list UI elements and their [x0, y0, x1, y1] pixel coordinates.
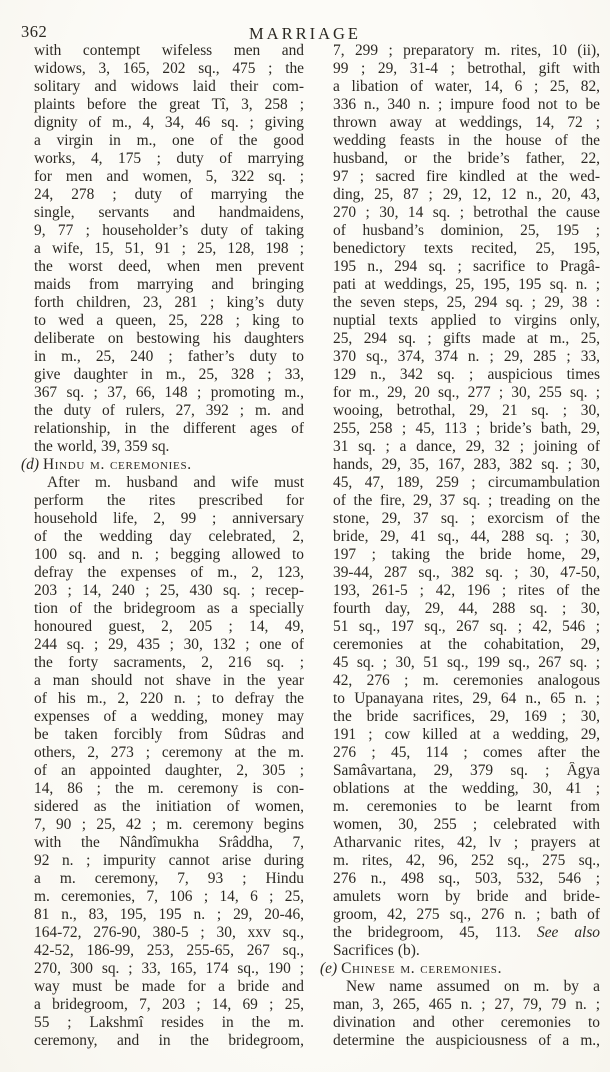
- index-text-line: the seven steps, 25, 294 sq. ; 29, 38 :: [319, 294, 600, 312]
- index-text-line: benedictory texts recited, 25, 195,: [319, 240, 600, 258]
- index-text-line: be taken forcibly from Sûdras and: [20, 726, 304, 744]
- section-title: Hindu m. ceremonies.: [43, 456, 192, 473]
- index-text-line: 276 n., 498 sq., 503, 532, 546 ;: [319, 870, 600, 888]
- index-text-line: defray the expenses of m., 2, 123,: [20, 564, 304, 582]
- index-text-line: a wife, 15, 51, 91 ; 25, 128, 198 ;: [20, 240, 304, 258]
- index-text-line: wedding feasts in the house of the: [319, 132, 600, 150]
- index-text-line: 51 sq., 197 sq., 267 sq. ; 42, 546 ;: [319, 618, 600, 636]
- index-text-line: ding, 25, 87 ; 29, 12, 12 n., 20, 43,: [319, 186, 600, 204]
- section-letter: (e): [320, 960, 341, 977]
- index-text-line: the bridegroom, 45, 113. See also: [319, 924, 600, 942]
- index-text-line: deliberate on bestowing his daughters: [20, 330, 304, 348]
- index-text-line: 244 sq. ; 29, 435 ; 30, 132 ; one of: [20, 636, 304, 654]
- index-text-line: in m., 25, 240 ; father’s duty to: [20, 348, 304, 366]
- index-text-line: m. ceremonies to be learnt from: [319, 798, 600, 816]
- index-text-line: the duty of rulers, 27, 392 ; m. and: [20, 402, 304, 420]
- index-text-line: household life, 2, 99 ; anniversary: [20, 510, 304, 528]
- index-text-line: a bridegroom, 7, 203 ; 14, 69 ; 25,: [20, 996, 304, 1014]
- index-text-line: others, 2, 273 ; ceremony at the m.: [20, 744, 304, 762]
- index-text-line: 7, 90 ; 25, 42 ; m. ceremony begins: [20, 816, 304, 834]
- index-text-line: New name assumed on m. by a: [319, 978, 600, 996]
- index-text-line: determine the auspiciousness of a m.,: [319, 1032, 600, 1050]
- index-text-line: with contempt wifeless men and: [20, 42, 304, 60]
- index-text-line: single, servants and handmaidens,: [20, 204, 304, 222]
- index-text-line: a m. ceremony, 7, 93 ; Hindu: [20, 870, 304, 888]
- index-text-line: of husband’s dominion, 25, 195 ;: [319, 222, 600, 240]
- index-text-line: pati at weddings, 25, 195, 195 sq. n. ;: [319, 276, 600, 294]
- index-text-line: husband, or the bride’s father, 22,: [319, 150, 600, 168]
- index-text-line: 367 sq. ; 37, 66, 148 ; promoting m.,: [20, 384, 304, 402]
- index-text-line: amulets worn by bride and bride-: [319, 888, 600, 906]
- index-text-line: 42, 276 ; m. ceremonies analogous: [319, 672, 600, 690]
- index-text-line: 195 n., 294 sq. ; sacrifice to Pragâ-: [319, 258, 600, 276]
- index-text-line: divination and other ceremonies to: [319, 1014, 600, 1032]
- index-text-line: to wed a queen, 25, 228 ; king to: [20, 312, 304, 330]
- index-text-line: 55 ; Lakshmî resides in the m.: [20, 1014, 304, 1032]
- index-text-line: for m., 29, 20 sq., 277 ; 30, 255 sq. ;: [319, 384, 600, 402]
- index-text-line: a man should not shave in the year: [20, 672, 304, 690]
- index-text-line: widows, 3, 165, 202 sq., 475 ; the: [20, 60, 304, 78]
- index-text-line: give daughter in m., 25, 328 ; 33,: [20, 366, 304, 384]
- index-text-line: the world, 39, 359 sq.: [20, 438, 304, 456]
- index-text-line: a virgin in m., one of the good: [20, 132, 304, 150]
- index-text-line: stone, 29, 37 sq. ; exorcism of the: [319, 510, 600, 528]
- index-text-line: way must be made for a bride and: [20, 978, 304, 996]
- index-text-line: 164-72, 276-90, 380-5 ; 30, xxv sq.,: [20, 924, 304, 942]
- index-text-line: maids from marrying and bringing: [20, 276, 304, 294]
- index-text-line: 7, 299 ; preparatory m. rites, 10 (ii),: [319, 42, 600, 60]
- index-text-line: hands, 29, 35, 167, 283, 382 sq. ; 30,: [319, 456, 600, 474]
- index-text-line: 24, 278 ; duty of marrying the: [20, 186, 304, 204]
- index-text-line: women, 30, 255 ; celebrated with: [319, 816, 600, 834]
- index-text-line: forth children, 23, 281 ; king’s duty: [20, 294, 304, 312]
- index-text-line: thrown away at weddings, 14, 72 ;: [319, 114, 600, 132]
- index-text-line: the bride sacrifices, 29, 169 ; 30,: [319, 708, 600, 726]
- index-columns: with contempt wifeless men andwidows, 3,…: [0, 24, 610, 1050]
- index-text-line: 45, 47, 189, 259 ; circumambulation: [319, 474, 600, 492]
- index-text-line: sidered as the initiation of women,: [20, 798, 304, 816]
- index-text-line: 31 sq. ; a dance, 29, 32 ; joining of: [319, 438, 600, 456]
- index-text-line: a libation of water, 14, 6 ; 25, 82,: [319, 78, 600, 96]
- index-text-line: honoured guest, 2, 205 ; 14, 49,: [20, 618, 304, 636]
- index-text-line: 92 n. ; impurity cannot arise during: [20, 852, 304, 870]
- running-title: MARRIAGE: [0, 24, 610, 44]
- index-text-line: ceremony, and in the bridegroom,: [20, 1032, 304, 1050]
- index-text-line: man, 3, 265, 465 n. ; 27, 79, 79 n. ;: [319, 996, 600, 1014]
- index-text-line: 370 sq., 374, 374 n. ; 29, 285 ; 33,: [319, 348, 600, 366]
- page-number: 362: [21, 22, 47, 42]
- section-title: Chinese m. ceremonies.: [341, 960, 502, 977]
- index-text-line: perform the rites prescribed for: [20, 492, 304, 510]
- index-text-line: 276 ; 45, 114 ; comes after the: [319, 744, 600, 762]
- index-text-line: for men and women, 5, 322 sq. ;: [20, 168, 304, 186]
- index-text-line: of the wedding day celebrated, 2,: [20, 528, 304, 546]
- index-text-line: m. rites, 42, 96, 252 sq., 275 sq.,: [319, 852, 600, 870]
- index-text-line: 203 ; 14, 240 ; 25, 430 sq. ; recep-: [20, 582, 304, 600]
- index-text-line: to Upanayana rites, 29, 64 n., 65 n. ;: [319, 690, 600, 708]
- index-text-line: 270, 300 sq. ; 33, 165, 174 sq., 190 ;: [20, 960, 304, 978]
- index-text-line: bride, 29, 41 sq., 44, 288 sq. ; 30,: [319, 528, 600, 546]
- index-text-line: fourth day, 29, 44, 288 sq. ; 30,: [319, 600, 600, 618]
- index-text-line: plaints before the great Tî, 3, 258 ;: [20, 96, 304, 114]
- index-text-line: 100 sq. and n. ; begging allowed to: [20, 546, 304, 564]
- index-text-line: the forty sacraments, 2, 216 sq. ;: [20, 654, 304, 672]
- index-text-line: 197 ; taking the bride home, 29,: [319, 546, 600, 564]
- index-text-line: Sacrifices (b).: [319, 942, 600, 960]
- index-text-line: Atharvanic rites, 42, lv ; prayers at: [319, 834, 600, 852]
- index-text-line: After m. husband and wife must: [20, 474, 304, 492]
- index-text-line: dignity of m., 4, 34, 46 sq. ; giving: [20, 114, 304, 132]
- left-column: with contempt wifeless men andwidows, 3,…: [20, 42, 304, 1050]
- index-text-line: oblations at the wedding, 30, 41 ;: [319, 780, 600, 798]
- index-text-line: ceremonies at the cohabitation, 29,: [319, 636, 600, 654]
- index-text-line: relationship, in the different ages of: [20, 420, 304, 438]
- index-text-line: wooing, betrothal, 29, 21 sq. ; 30,: [319, 402, 600, 420]
- index-text-line: 193, 261-5 ; 42, 196 ; rites of the: [319, 582, 600, 600]
- index-text-line: 25, 294 sq. ; gifts made at m., 25,: [319, 330, 600, 348]
- index-text-line: nuptial texts applied to virgins only,: [319, 312, 600, 330]
- index-text-line: 45 sq. ; 30, 51 sq., 199 sq., 267 sq. ;: [319, 654, 600, 672]
- page-header: 362 MARRIAGE: [0, 0, 610, 24]
- index-text-line: groom, 42, 275 sq., 276 n. ; bath of: [319, 906, 600, 924]
- section-heading: (e)Chinese m. ceremonies.: [319, 960, 600, 978]
- section-heading: (d)Hindu m. ceremonies.: [20, 456, 304, 474]
- index-text-line: solitary and widows laid their com-: [20, 78, 304, 96]
- index-text-line: of an appointed daughter, 2, 305 ;: [20, 762, 304, 780]
- index-text-line: expenses of a wedding, money may: [20, 708, 304, 726]
- index-text-line: 42-52, 186-99, 253, 255-65, 267 sq.,: [20, 942, 304, 960]
- section-letter: (d): [21, 456, 43, 473]
- index-text-line: m. ceremonies, 7, 106 ; 14, 6 ; 25,: [20, 888, 304, 906]
- index-text-line: works, 4, 175 ; duty of marrying: [20, 150, 304, 168]
- index-text-line: tion of the bridegroom as a specially: [20, 600, 304, 618]
- index-text-line: 129 n., 342 sq. ; auspicious times: [319, 366, 600, 384]
- index-text-line: 9, 77 ; householder’s duty of taking: [20, 222, 304, 240]
- index-text-line: 14, 86 ; the m. ceremony is con-: [20, 780, 304, 798]
- right-column: 7, 299 ; preparatory m. rites, 10 (ii),9…: [319, 42, 600, 1050]
- index-text-line: 99 ; 29, 31-4 ; betrothal, gift with: [319, 60, 600, 78]
- index-text-line: 270 ; 30, 14 sq. ; betrothal the cause: [319, 204, 600, 222]
- index-text-line: 39-44, 287 sq., 382 sq. ; 30, 47-50,: [319, 564, 600, 582]
- index-text-line: of the fire, 29, 37 sq. ; treading on th…: [319, 492, 600, 510]
- index-text-line: Samâvartana, 29, 379 sq. ; Âgya: [319, 762, 600, 780]
- index-text-line: 336 n., 340 n. ; impure food not to be: [319, 96, 600, 114]
- index-text-line: of his m., 2, 220 n. ; to defray the: [20, 690, 304, 708]
- index-text-line: 97 ; sacred fire kindled at the wed-: [319, 168, 600, 186]
- index-text-line: 81 n., 83, 195, 195 n. ; 29, 20-46,: [20, 906, 304, 924]
- index-text-line: with the Nândîmukha Srâddha, 7,: [20, 834, 304, 852]
- index-text-line: 191 ; cow killed at a wedding, 29,: [319, 726, 600, 744]
- index-text-line: 255, 258 ; 45, 113 ; bride’s bath, 29,: [319, 420, 600, 438]
- index-text-line: the worst deed, when men prevent: [20, 258, 304, 276]
- book-page: 362 MARRIAGE with contempt wifeless men …: [0, 0, 610, 1072]
